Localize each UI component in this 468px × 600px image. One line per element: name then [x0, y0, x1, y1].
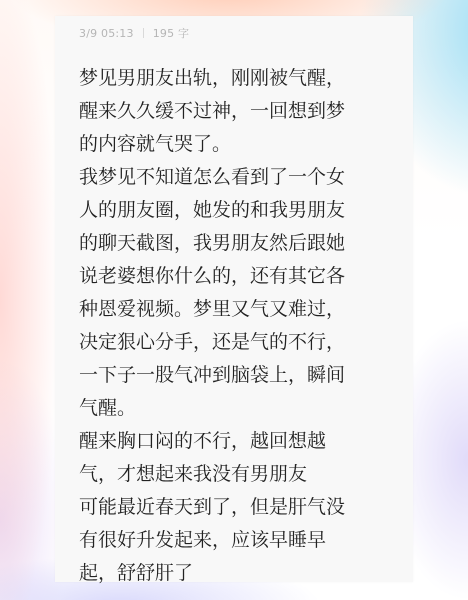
note-line: 气，才想起来我没有男朋友	[79, 458, 409, 491]
note-line: 说老婆想你什么的，还有其它各	[79, 260, 409, 293]
note-datetime: 3/9 05:13	[79, 27, 134, 40]
note-meta: 3/9 05:13 195 字	[79, 25, 189, 41]
note-line: 决定狠心分手，还是气的不行，	[79, 326, 409, 359]
note-word-count: 195 字	[153, 25, 190, 41]
note-line: 梦见男朋友出轨，刚刚被气醒，	[79, 62, 409, 95]
note-line: 一下子一股气冲到脑袋上，瞬间	[79, 359, 409, 392]
note-line: 可能最近春天到了，但是肝气没	[79, 491, 409, 524]
note-line: 的内容就气哭了。	[79, 128, 409, 161]
note-line: 醒来久久缓不过神，一回想到梦	[79, 95, 409, 128]
note-line: 起，舒舒肝了	[79, 557, 409, 590]
note-line: 人的朋友圈，她发的和我男朋友	[79, 194, 409, 227]
note-line: 气醒。	[79, 392, 409, 425]
note-card: 3/9 05:13 195 字 梦见男朋友出轨，刚刚被气醒， 醒来久久缓不过神，…	[55, 16, 413, 582]
note-line: 我梦见不知道怎么看到了一个女	[79, 161, 409, 194]
note-line: 醒来胸口闷的不行，越回想越	[79, 425, 409, 458]
note-body[interactable]: 梦见男朋友出轨，刚刚被气醒， 醒来久久缓不过神，一回想到梦 的内容就气哭了。 我…	[79, 62, 409, 590]
meta-separator	[143, 28, 144, 38]
note-line: 的聊天截图，我男朋友然后跟她	[79, 227, 409, 260]
note-line: 种恩爱视频。梦里又气又难过，	[79, 293, 409, 326]
note-line: 有很好升发起来，应该早睡早	[79, 524, 409, 557]
